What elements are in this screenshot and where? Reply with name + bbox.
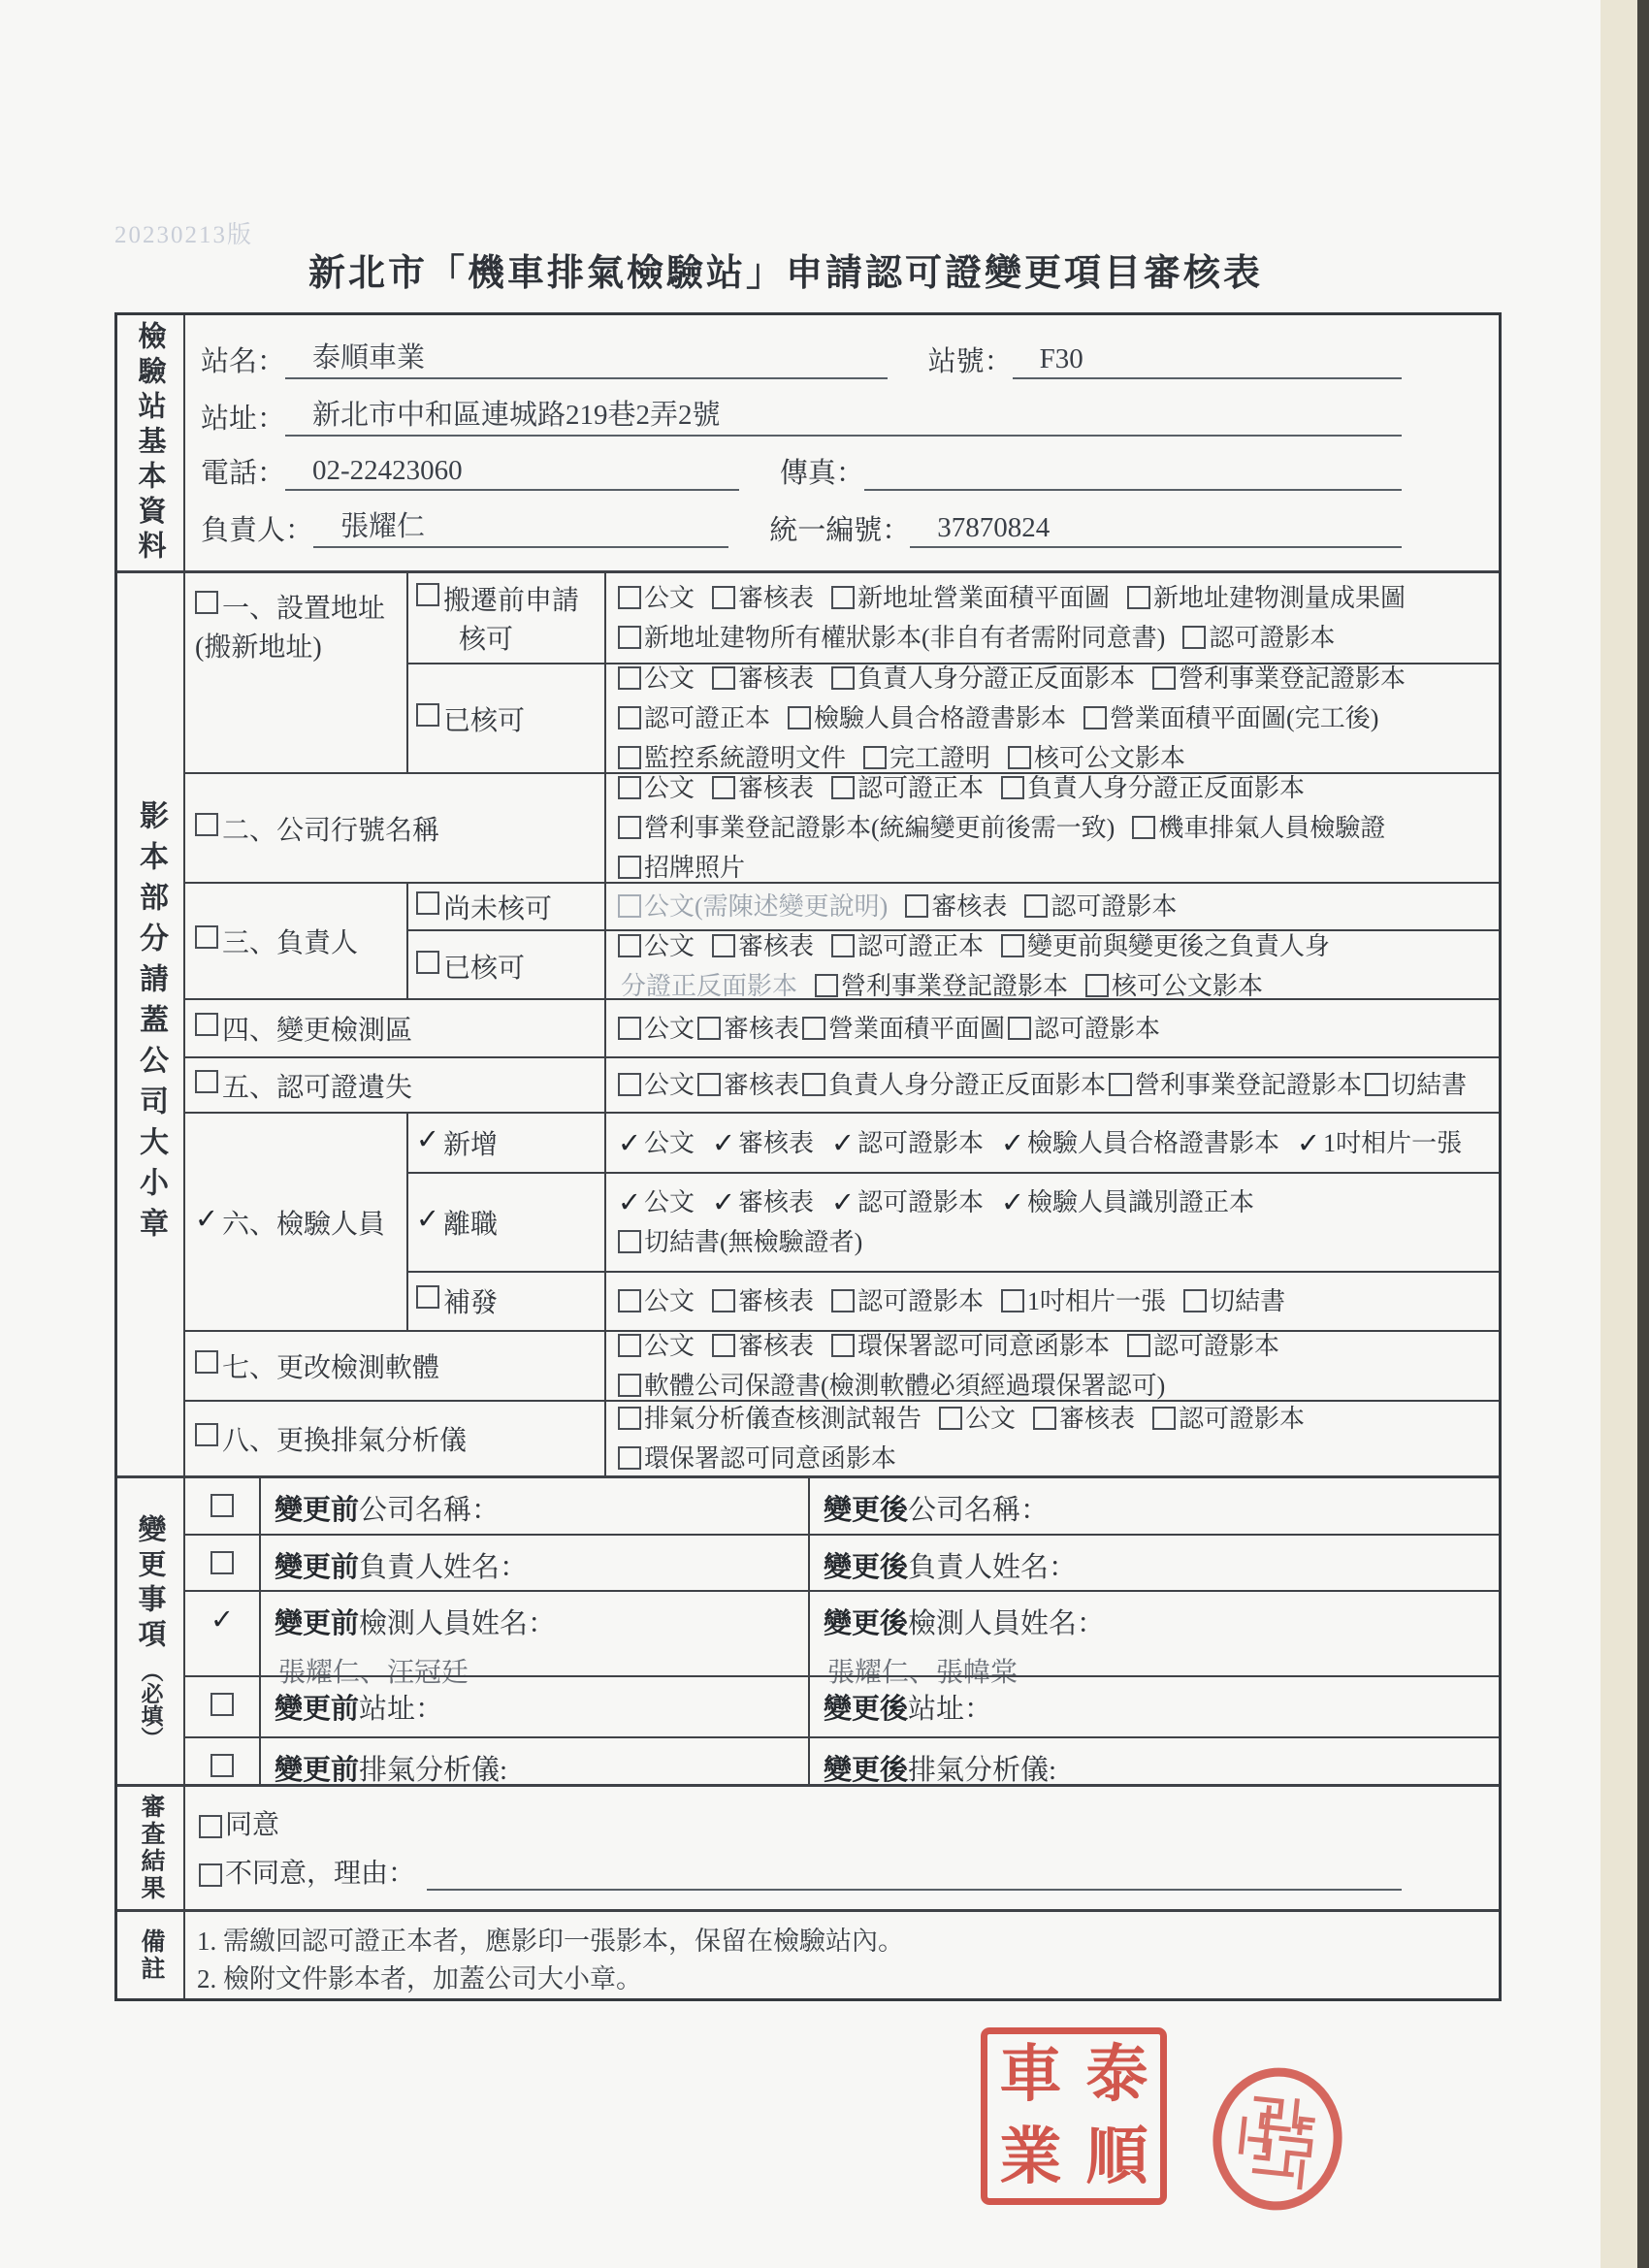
doc-label: 審核表 — [738, 1127, 814, 1159]
doc-item: 審核表 — [712, 1127, 814, 1159]
change-row-address: 變更前站址： 變更後站址： — [185, 1675, 1499, 1736]
checkbox-icon[interactable] — [195, 813, 218, 836]
scan-edge-strip — [1600, 0, 1637, 2268]
personal-seal-stamp — [1203, 2059, 1353, 2219]
doc-item: 營利事業登記證影本 — [815, 970, 1068, 1002]
doc-label: 機車排氣人員檢驗證 — [1158, 812, 1385, 844]
doc-item: 認可證影本 — [831, 1127, 984, 1159]
doc-label: 公文 — [644, 930, 695, 962]
doc-checkbox-icon[interactable] — [1008, 746, 1031, 769]
agree-label: 同意 — [225, 1803, 279, 1842]
checkbox-icon[interactable] — [416, 891, 439, 915]
phone-field[interactable]: 02-22423060 — [285, 454, 739, 491]
doc-checkbox-icon[interactable] — [831, 1289, 855, 1312]
doc-checkbox-icon[interactable] — [831, 1131, 855, 1154]
doc-item: 招牌照片 — [618, 852, 745, 884]
doc-label: 監控系統證明文件 — [644, 742, 846, 774]
sub-label: 已核可 — [443, 699, 525, 738]
doc-item: 審核表 — [712, 582, 814, 614]
tax-id-field[interactable]: 37870824 — [910, 511, 1402, 548]
doc-checkbox-icon[interactable] — [618, 626, 641, 649]
doc-label: 審核表 — [724, 1013, 799, 1045]
doc-checkbox-icon[interactable] — [1183, 1289, 1207, 1312]
doc-item: 認可證影本 — [1182, 622, 1335, 654]
sub-label: 離職 — [443, 1203, 498, 1242]
checkbox-icon[interactable] — [195, 925, 218, 949]
doc-label: 切結書(無檢驗證者) — [644, 1226, 862, 1258]
doc-item: 審核表 — [712, 663, 814, 695]
doc-checkbox-icon[interactable] — [712, 934, 735, 957]
doc-checkbox-icon[interactable] — [697, 1073, 721, 1096]
section-label-basic-info-cell: 檢驗站基本資料 — [117, 315, 185, 570]
reason-field[interactable] — [427, 1856, 1402, 1891]
owner-value: 張耀仁 — [340, 504, 425, 544]
doc-item: 完工證明 — [863, 742, 990, 774]
doc-checkbox-icon[interactable] — [939, 1407, 962, 1430]
doc-item: 核可公文影本 — [1008, 742, 1185, 774]
doc-item: 營利事業登記證影本 — [1152, 663, 1406, 695]
change-row-company-name: 變更前公司名稱： 變更後公司名稱： — [185, 1478, 1499, 1534]
checkbox-icon[interactable] — [416, 951, 439, 974]
doc-checkbox-icon[interactable] — [712, 1289, 735, 1312]
item-label-line2: (搬新地址) — [195, 626, 403, 664]
section-label-changes-note: （必填） — [135, 1660, 167, 1749]
doc-label: 公文 — [644, 1127, 695, 1159]
doc-item: 公文 — [618, 582, 695, 614]
doc-item: 認可證正本 — [831, 772, 984, 804]
doc-label: 認可證影本 — [1034, 1013, 1160, 1045]
checkbox-icon[interactable] — [210, 1693, 234, 1716]
phone-row: 電話： 02-22423060 傳真： — [201, 451, 1402, 491]
doc-label: 公文 — [644, 582, 695, 614]
company-seal-char: 泰 — [1086, 2044, 1148, 2106]
checkbox-icon[interactable] — [416, 703, 439, 727]
checkbox-icon[interactable] — [195, 1070, 218, 1093]
doc-item: 新地址建物測量成果圖 — [1127, 582, 1406, 614]
doc-label: 審核表 — [1059, 1403, 1135, 1435]
section-basic-info: 檢驗站基本資料 站名： 泰順車業 站號： F30 站址： 新北市中和區連城路21… — [117, 315, 1499, 570]
item-label: 八、更換排氣分析儀 — [222, 1419, 467, 1458]
sub-label: 補發 — [443, 1281, 498, 1320]
doc-item: 認可證影本 — [1127, 1330, 1279, 1362]
doc-label: 排氣分析儀查核測試報告 — [644, 1403, 921, 1435]
doc-item: 新地址建物所有權狀影本(非自有者需附同意書) — [618, 622, 1165, 654]
row-test-area-change: 四、變更檢測區 公文審核表營業面積平面圖認可證影本 — [185, 998, 1499, 1056]
doc-checkbox-icon[interactable] — [815, 974, 838, 997]
doc-label: 公文 — [644, 1069, 695, 1101]
doc-checkbox-icon[interactable] — [802, 1017, 825, 1040]
checkbox-icon[interactable] — [199, 1815, 222, 1838]
doc-label: 營業面積平面圖 — [828, 1013, 1005, 1045]
item-label: 六、檢驗人員 — [222, 1203, 385, 1242]
doc-checkbox-icon[interactable] — [618, 1446, 641, 1470]
doc-label: 公文 — [644, 663, 695, 695]
note-line: 1. 需繳回認可證正本者，應影印一張影本，保留在檢驗站內。 — [197, 1920, 1489, 1958]
section-label-review: 審查結果 — [133, 1794, 168, 1902]
doc-checkbox-icon[interactable] — [1127, 586, 1150, 609]
row-analyzer-change: 八、更換排氣分析儀 排氣分析儀查核測試報告公文審核表認可證影本環保署認可同意函影… — [185, 1400, 1499, 1475]
doc-item: 認可證正本 — [831, 930, 984, 962]
notes-body: 1. 需繳回認可證正本者，應影印一張影本，保留在檢驗站內。2. 檢附文件影本者，… — [185, 1912, 1499, 1998]
owner-field[interactable]: 張耀仁 — [313, 504, 728, 548]
doc-item: 切結書 — [1365, 1069, 1467, 1101]
row-inspectors: 六、檢驗人員 新增 公文審核表認可證影本檢驗人員合格證書影本1吋相片一張 — [185, 1112, 1499, 1330]
section-label-review-cell: 審查結果 — [117, 1787, 185, 1909]
doc-item: 審核表 — [697, 1069, 799, 1101]
doc-item: 認可證影本 — [831, 1186, 984, 1218]
doc-checkbox-icon[interactable] — [1297, 1131, 1320, 1154]
doc-item: 審核表 — [712, 1186, 814, 1218]
doc-checkbox-icon[interactable] — [831, 934, 855, 957]
doc-label: 分證正反面影本 — [621, 970, 797, 1002]
doc-item: 公文 — [618, 1186, 695, 1218]
doc-item: 認可證影本 — [831, 1285, 984, 1317]
doc-checkbox-icon[interactable] — [618, 894, 641, 918]
row-setup-address: 一、設置地址 (搬新地址) 搬遷前申請 核可 — [185, 573, 1499, 772]
phone-value: 02-22423060 — [312, 455, 463, 487]
doc-label: 認可證正本 — [644, 702, 770, 734]
doc-checkbox-icon[interactable] — [1109, 1073, 1132, 1096]
doc-label: 軟體公司保證書(檢測軟體必須經過環保署認可) — [644, 1370, 1165, 1402]
row-company-name: 二、公司行號名稱 公文審核表認可證正本負責人身分證正反面影本營利事業登記證影本(… — [185, 772, 1499, 882]
doc-item: 公文 — [618, 1330, 695, 1362]
doc-checkbox-icon[interactable] — [1001, 776, 1024, 799]
doc-item: 監控系統證明文件 — [618, 742, 846, 774]
row-owner-change: 三、負責人 尚未核可 公文(需陳述變更說明)審核表認可證影本 — [185, 882, 1499, 998]
doc-checkbox-icon[interactable] — [618, 816, 641, 839]
fax-label: 傳真： — [780, 451, 864, 491]
change-field-label: 公司名稱： — [908, 1495, 1049, 1526]
doc-checkbox-icon[interactable] — [618, 1334, 641, 1357]
doc-item: 核可公文影本 — [1085, 970, 1263, 1002]
company-seal-char: 順 — [1086, 2126, 1148, 2188]
doc-item: 營利事業登記證影本(統編變更前後需一致) — [618, 812, 1115, 844]
doc-checkbox-icon[interactable] — [1085, 974, 1109, 997]
row-setup-address-item: 一、設置地址 (搬新地址) — [185, 573, 408, 772]
section-copies-checklist: 影本部分請蓋公司大小章 一、設置地址 (搬新地址) — [117, 570, 1499, 1475]
doc-checkbox-icon[interactable] — [618, 856, 641, 879]
doc-item: 1吋相片一張 — [1001, 1285, 1166, 1317]
doc-item: 認可證影本 — [1008, 1013, 1160, 1045]
doc-label: 認可證影本 — [857, 1285, 984, 1317]
doc-label: 招牌照片 — [644, 852, 745, 884]
doc-label: 營利事業登記證影本 — [1179, 663, 1406, 695]
doc-checkbox-icon[interactable] — [618, 1230, 641, 1253]
doc-checkbox-icon[interactable] — [618, 1017, 641, 1040]
sub-row-approved: 已核可 公文審核表負責人身分證正反面影本營利事業登記證影本認可證正本檢驗人員合格… — [408, 663, 1499, 772]
checkbox-icon[interactable] — [210, 1754, 234, 1777]
doc-label: 環保署認可同意函影本 — [857, 1330, 1110, 1362]
doc-item: 營業面積平面圖 — [802, 1013, 1005, 1045]
sub-row-pre-move: 搬遷前申請 核可 公文審核表新地址營業面積平面圖新地址建物測量成果圖新地址建物所… — [408, 573, 1499, 663]
doc-checkbox-icon[interactable] — [618, 1190, 641, 1214]
doc-checkbox-icon[interactable] — [697, 1017, 721, 1040]
owner-label: 負責人： — [201, 508, 313, 548]
doc-item: 環保署認可同意函影本 — [831, 1330, 1110, 1362]
doc-label: 檢驗人員合格證書影本 — [814, 702, 1066, 734]
doc-checkbox-icon[interactable] — [1001, 934, 1024, 957]
doc-item: 機車排氣人員檢驗證 — [1132, 812, 1385, 844]
doc-label: 1吋相片一張 — [1027, 1285, 1166, 1317]
doc-checkbox-icon[interactable] — [1127, 1334, 1150, 1357]
doc-checkbox-icon[interactable] — [712, 1334, 735, 1357]
doc-checkbox-icon[interactable] — [1152, 666, 1176, 690]
doc-checkbox-icon[interactable] — [618, 1407, 641, 1430]
doc-checkbox-icon[interactable] — [618, 1374, 641, 1397]
section-review-result: 審查結果 同意 不同意，理由： — [117, 1784, 1499, 1909]
before-prefix: 變更前 — [275, 1495, 359, 1526]
doc-checkbox-icon[interactable] — [831, 776, 855, 799]
section-notes: 備註 1. 需繳回認可證正本者，應影印一張影本，保留在檢驗站內。2. 檢附文件影… — [117, 1909, 1499, 1998]
doc-checkbox-icon[interactable] — [1033, 1407, 1056, 1430]
section-label-copies-cell: 影本部分請蓋公司大小章 — [117, 573, 185, 1475]
checkbox-icon[interactable] — [195, 1423, 218, 1446]
sub-label: 新增 — [443, 1123, 498, 1162]
doc-checkbox-icon[interactable] — [712, 586, 735, 609]
doc-checkbox-icon[interactable] — [788, 706, 811, 729]
doc-checkbox-icon[interactable] — [1008, 1017, 1031, 1040]
doc-item: 營利事業登記證影本 — [1109, 1069, 1362, 1101]
doc-label: 審核表 — [931, 891, 1007, 923]
doc-checkbox-icon[interactable] — [618, 934, 641, 957]
checkbox-icon[interactable] — [195, 591, 218, 614]
doc-item: 負責人身分證正反面影本 — [802, 1069, 1106, 1101]
doc-item: 負責人身分證正反面影本 — [831, 663, 1135, 695]
doc-checkbox-icon[interactable] — [618, 706, 641, 729]
item-label: 七、更改檢測軟體 — [222, 1346, 439, 1385]
station-name-value: 泰順車業 — [312, 336, 425, 375]
doc-checkbox-icon[interactable] — [618, 586, 641, 609]
doc-label: 認可證影本 — [1051, 891, 1177, 923]
doc-item: 公文 — [939, 1403, 1016, 1435]
doc-checkbox-icon[interactable] — [1152, 1407, 1176, 1430]
copies-body: 一、設置地址 (搬新地址) 搬遷前申請 核可 — [185, 573, 1499, 1475]
doc-item: 公文 — [618, 1013, 695, 1045]
checkbox-icon[interactable] — [195, 1207, 218, 1230]
doc-item: 審核表 — [697, 1013, 799, 1045]
doc-checkbox-icon[interactable] — [863, 746, 887, 769]
doc-label: 公文 — [644, 772, 695, 804]
doc-item: 公文 — [618, 772, 695, 804]
doc-label: 認可證影本 — [1179, 1403, 1305, 1435]
doc-label: 審核表 — [738, 582, 814, 614]
section-change-items: 變更事項 （必填） 變更前公司名稱： 變更後公司名稱： 變更前負責人姓名： 變更… — [117, 1475, 1499, 1784]
address-value: 新北市中和區連城路219巷2弄2號 — [312, 393, 721, 433]
address-row: 站址： 新北市中和區連城路219巷2弄2號 — [201, 393, 1402, 437]
doc-item: 檢驗人員識別證正本 — [1001, 1186, 1254, 1218]
doc-item: 審核表 — [712, 1330, 814, 1362]
checkbox-icon[interactable] — [416, 1207, 439, 1230]
address-label: 站址： — [201, 397, 285, 437]
doc-item: 公文 — [618, 663, 695, 695]
doc-item: 切結書(無檢驗證者) — [618, 1226, 862, 1258]
doc-item: 審核表 — [905, 891, 1007, 923]
sub-label: 尚未核可 — [443, 888, 552, 926]
doc-label: 核可公文影本 — [1034, 742, 1185, 774]
doc-checkbox-icon[interactable] — [712, 776, 735, 799]
doc-checkbox-icon[interactable] — [1001, 1289, 1024, 1312]
item-label: 四、變更檢測區 — [222, 1009, 412, 1048]
doc-checkbox-icon[interactable] — [1001, 1190, 1024, 1214]
doc-item: 排氣分析儀查核測試報告 — [618, 1403, 921, 1435]
doc-label: 負責人身分證正反面影本 — [857, 663, 1135, 695]
checkbox-icon[interactable] — [416, 1285, 439, 1309]
disagree-option: 不同意，理由： — [199, 1852, 1402, 1891]
doc-label: 營利事業登記證影本(統編變更前後需一致) — [644, 812, 1115, 844]
doc-label: 公文 — [644, 1285, 695, 1317]
doc-checkbox-icon[interactable] — [905, 894, 928, 918]
review-body: 同意 不同意，理由： — [185, 1787, 1499, 1909]
doc-label: 切結書 — [1210, 1285, 1285, 1317]
doc-item: 認可證影本 — [1152, 1403, 1305, 1435]
doc-label: 審核表 — [738, 1330, 814, 1362]
doc-item: 檢驗人員合格證書影本 — [788, 702, 1066, 734]
change-field-label: 公司名稱： — [359, 1495, 500, 1526]
section-label-copies: 影本部分請蓋公司大小章 — [129, 800, 172, 1248]
doc-item: 審核表 — [1033, 1403, 1135, 1435]
doc-label: 審核表 — [724, 1069, 799, 1101]
doc-label: 認可證正本 — [857, 772, 984, 804]
doc-label: 負責人身分證正反面影本 — [1027, 772, 1305, 804]
fax-field[interactable] — [864, 454, 1402, 491]
checkbox-icon[interactable] — [416, 1127, 439, 1150]
doc-item: 環保署認可同意函影本 — [618, 1442, 896, 1474]
disagree-label: 不同意，理由： — [225, 1852, 415, 1891]
doc-item: 新地址營業面積平面圖 — [831, 582, 1110, 614]
checkbox-icon[interactable] — [416, 583, 439, 606]
doc-checkbox-icon[interactable] — [712, 1131, 735, 1154]
doc-checkbox-icon[interactable] — [831, 1334, 855, 1357]
doc-label: 審核表 — [738, 1285, 814, 1317]
doc-label: 環保署認可同意函影本 — [644, 1442, 896, 1474]
sub-row-resignation: 離職 公文審核表認可證影本檢驗人員識別證正本切結書(無檢驗證者) — [408, 1172, 1499, 1270]
section-label-basic-info: 檢驗站基本資料 — [131, 321, 171, 566]
company-seal-char: 車 — [1000, 2044, 1062, 2106]
phone-label: 電話： — [201, 451, 285, 491]
doc-checkbox-icon[interactable] — [1365, 1073, 1388, 1096]
checkbox-icon[interactable] — [210, 1494, 234, 1517]
section-label-changes-cell: 變更事項 （必填） — [117, 1478, 185, 1784]
doc-checkbox-icon[interactable] — [618, 746, 641, 769]
doc-checkbox-icon[interactable] — [712, 1190, 735, 1214]
station-no-field[interactable]: F30 — [1013, 342, 1402, 379]
checkbox-icon[interactable] — [210, 1551, 234, 1574]
sub-row-not-approved: 尚未核可 公文(需陳述變更說明)審核表認可證影本 — [408, 884, 1499, 929]
basic-info-body: 站名： 泰順車業 站號： F30 站址： 新北市中和區連城路219巷2弄2號 電… — [185, 315, 1499, 570]
row-software-change: 七、更改檢測軟體 公文審核表環保署認可同意函影本認可證影本軟體公司保證書(檢測軟… — [185, 1330, 1499, 1400]
sub-label-line2: 核可 — [416, 618, 602, 657]
agree-option: 同意 — [199, 1803, 1402, 1842]
doc-item: 公文(需陳述變更說明) — [618, 891, 888, 923]
after-prefix: 變更後 — [824, 1495, 908, 1526]
doc-item: 審核表 — [712, 930, 814, 962]
doc-label: 審核表 — [738, 930, 814, 962]
doc-label: 切結書 — [1391, 1069, 1467, 1101]
section-label-notes-cell: 備註 — [117, 1912, 185, 1998]
checkbox-icon[interactable] — [195, 1013, 218, 1036]
doc-label: 新地址建物測量成果圖 — [1153, 582, 1406, 614]
doc-item: 認可證正本 — [618, 702, 770, 734]
checkbox-icon[interactable] — [199, 1863, 222, 1887]
doc-item: 營業面積平面圖(完工後) — [1083, 702, 1378, 734]
doc-item: 變更前與變更後之負責人身 — [1001, 930, 1330, 962]
doc-checkbox-icon[interactable] — [618, 1073, 641, 1096]
doc-label: 1吋相片一張 — [1323, 1127, 1462, 1159]
doc-label: 審核表 — [738, 663, 814, 695]
doc-checkbox-icon[interactable] — [831, 1190, 855, 1214]
station-name-row: 站名： 泰順車業 站號： F30 — [201, 336, 1402, 379]
station-no-label: 站號： — [928, 340, 1013, 379]
station-name-field[interactable]: 泰順車業 — [285, 336, 888, 379]
doc-checkbox-icon[interactable] — [712, 666, 735, 690]
checkbox-icon[interactable] — [210, 1607, 234, 1631]
company-seal-stamp: 車 泰 業 順 — [981, 2027, 1167, 2205]
sub-label: 已核可 — [443, 947, 525, 986]
doc-label: 營業面積平面圖(完工後) — [1110, 702, 1378, 734]
doc-checkbox-icon[interactable] — [1132, 816, 1155, 839]
doc-label: 檢驗人員合格證書影本 — [1027, 1127, 1279, 1159]
item-label: 二、公司行號名稱 — [222, 809, 439, 848]
doc-item: 1吋相片一張 — [1297, 1127, 1462, 1159]
doc-label: 核可公文影本 — [1112, 970, 1263, 1002]
doc-label: 公文 — [965, 1403, 1016, 1435]
scan-edge-line — [1637, 0, 1649, 2268]
sub-label: 搬遷前申請 — [443, 579, 579, 618]
address-field[interactable]: 新北市中和區連城路219巷2弄2號 — [285, 393, 1402, 437]
doc-checkbox-icon[interactable] — [831, 666, 855, 690]
doc-checkbox-icon[interactable] — [618, 776, 641, 799]
doc-checkbox-icon[interactable] — [618, 666, 641, 690]
doc-item: 認可證影本 — [1024, 891, 1177, 923]
doc-label: 認可證影本 — [857, 1127, 984, 1159]
row-certificate-lost: 五、認可證遺失 公文審核表負責人身分證正反面影本營利事業登記證影本切結書 — [185, 1056, 1499, 1112]
tax-id-value: 37870824 — [937, 512, 1050, 544]
doc-label: 認可證影本 — [857, 1186, 984, 1218]
doc-checkbox-icon[interactable] — [1182, 626, 1206, 649]
doc-checkbox-icon[interactable] — [1083, 706, 1107, 729]
doc-label: 檢驗人員識別證正本 — [1027, 1186, 1254, 1218]
doc-checkbox-icon[interactable] — [618, 1289, 641, 1312]
checkbox-icon[interactable] — [195, 1350, 218, 1374]
doc-label: 營利事業登記證影本 — [841, 970, 1068, 1002]
changes-body: 變更前公司名稱： 變更後公司名稱： 變更前負責人姓名： 變更後負責人姓名： 變更… — [185, 1478, 1499, 1784]
doc-item: 軟體公司保證書(檢測軟體必須經過環保署認可) — [618, 1370, 1165, 1402]
doc-checkbox-icon[interactable] — [1001, 1131, 1024, 1154]
doc-label: 審核表 — [738, 772, 814, 804]
tax-id-label: 統一編號： — [769, 508, 910, 548]
doc-label: 認可證影本 — [1209, 622, 1335, 654]
doc-label: 認可證影本 — [1153, 1330, 1279, 1362]
section-label-changes: 變更事項 — [131, 1514, 171, 1654]
doc-checkbox-icon[interactable] — [831, 586, 855, 609]
form-table: 檢驗站基本資料 站名： 泰順車業 站號： F30 站址： 新北市中和區連城路21… — [114, 312, 1502, 2001]
doc-checkbox-icon[interactable] — [802, 1073, 825, 1096]
doc-checkbox-icon[interactable] — [618, 1131, 641, 1154]
form-title: 新北市「機車排氣檢驗站」申請認可證變更項目審核表 — [0, 243, 1571, 296]
sub-row-reissue: 補發 公文審核表認可證影本1吋相片一張切結書 — [408, 1271, 1499, 1330]
doc-item: 審核表 — [712, 772, 814, 804]
item-label: 三、負責人 — [222, 922, 358, 960]
doc-item: 分證正反面影本 — [618, 970, 797, 1002]
doc-label: 認可證正本 — [857, 930, 984, 962]
doc-checkbox-icon[interactable] — [1024, 894, 1048, 918]
doc-item: 負責人身分證正反面影本 — [1001, 772, 1305, 804]
doc-item: 切結書 — [1183, 1285, 1285, 1317]
doc-label: 公文 — [644, 1186, 695, 1218]
doc-item: 公文 — [618, 1127, 695, 1159]
doc-label: 變更前與變更後之負責人身 — [1027, 930, 1330, 962]
doc-label: 公文 — [644, 1330, 695, 1362]
